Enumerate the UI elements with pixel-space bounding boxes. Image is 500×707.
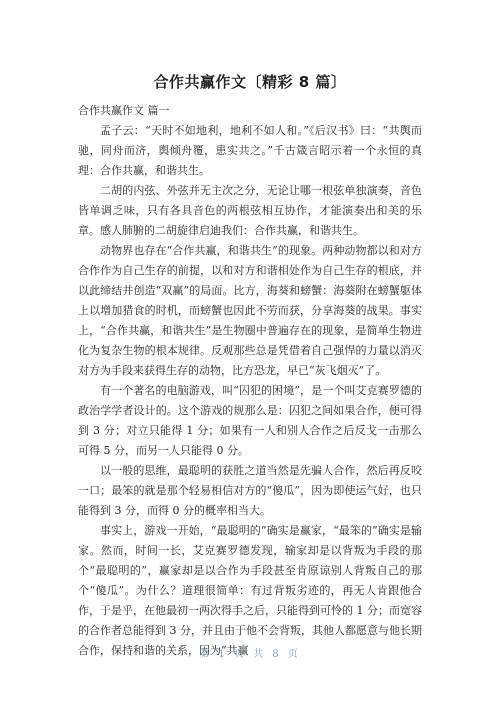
paragraph: 以一般的思维，最聪明的获胜之道当然是先骗人合作，然后再反咬一口；最笨的就是那个轻… bbox=[78, 461, 422, 521]
paragraph: 孟子云：“天时不如地利，地利不如人和。”《后汉书》曰：“共舆而驰，同舟而济，舆倾… bbox=[78, 121, 422, 181]
paragraph: 二胡的内弦、外弦并无主次之分，无论让哪一根弦单独演奏，音色皆单调乏味，只有各具音… bbox=[78, 181, 422, 241]
page-title: 合作共赢作文〔精彩 8 篇〕 bbox=[78, 70, 422, 94]
paragraph: 有一个著名的电脑游戏，叫“囚犯的困境”，是一个叫艾克赛罗德的政治学学者设计的。这… bbox=[78, 381, 422, 461]
paragraph: 动物界也存在“合作共赢，和谐共生”的现象。两种动物都以和对方合作作为自己生存的前… bbox=[78, 241, 422, 381]
page-number-footer: 第 1 页 共 8 页 bbox=[0, 648, 500, 662]
paragraph: 事实上，游戏一开始，“最聪明的”确实是赢家，“最笨的”确实是输家。然而，时间一长… bbox=[78, 521, 422, 661]
document-page: 合作共赢作文〔精彩 8 篇〕 合作共赢作文 篇一 孟子云：“天时不如地利，地利不… bbox=[0, 0, 500, 707]
essay-body: 孟子云：“天时不如地利，地利不如人和。”《后汉书》曰：“共舆而驰，同舟而济，舆倾… bbox=[78, 121, 422, 661]
section-heading: 合作共赢作文 篇一 bbox=[78, 101, 422, 121]
